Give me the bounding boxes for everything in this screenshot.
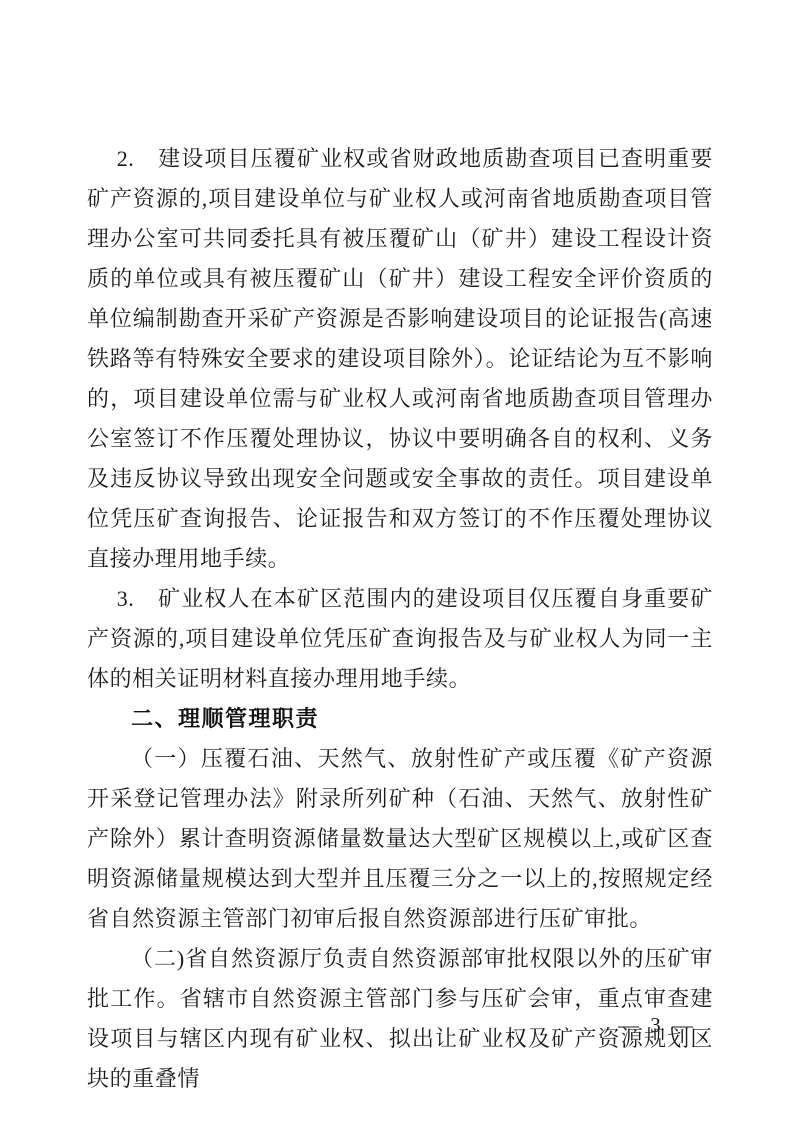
document-body: 2. 建设项目压覆矿业权或省财政地质勘查项目已查明重要矿产资源的,项目建设单位与… <box>87 139 713 1099</box>
paragraph-subitem-1: （一）压覆石油、天然气、放射性矿产或压覆《矿产资源开采登记管理办法》附录所列矿种… <box>87 739 713 939</box>
paragraph-item-2: 2. 建设项目压覆矿业权或省财政地质勘查项目已查明重要矿产资源的,项目建设单位与… <box>87 139 713 579</box>
page-number: — 3 — <box>618 1008 696 1042</box>
paragraph-item-3: 3. 矿业权人在本矿区范围内的建设项目仅压覆自身重要矿产资源的,项目建设单位凭压… <box>87 579 713 699</box>
document-page: 2. 建设项目压覆矿业权或省财政地质勘查项目已查明重要矿产资源的,项目建设单位与… <box>0 0 800 1132</box>
section-heading: 二、理顺管理职责 <box>87 699 713 739</box>
